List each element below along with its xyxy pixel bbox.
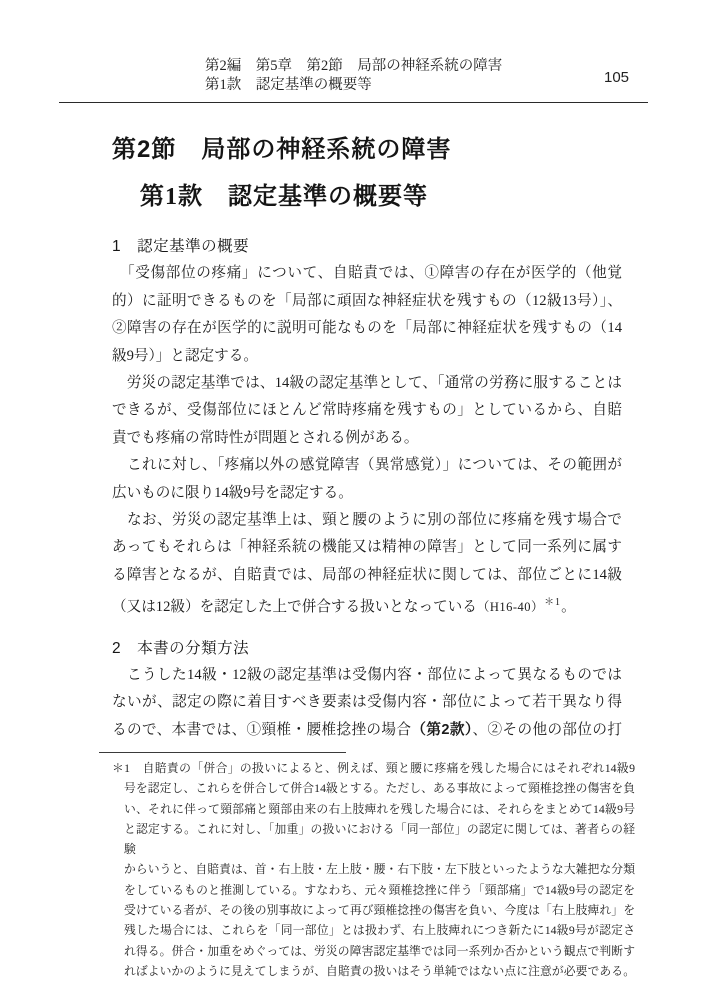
footnote-marker-ref: ＊1 [544, 597, 561, 608]
body-line: る障害となるが、自賠責では、局部の神経症状に関しては、部位ごとに14級 [112, 562, 622, 589]
body-line: あってもそれらは「神経系統の機能又は精神の障害」として同一系列に属す [112, 534, 622, 561]
body-text: 1 認定基準の概要 「受傷部位の疼痛」について、自賠責では、①障害の存在が医学的… [112, 233, 622, 744]
body-line: こうした14級・12級の認定基準は受傷内容・部位によって異なるものでは [112, 662, 622, 689]
body-line: ないが、認定の際に着目すべき要素は受傷内容・部位によって若干異なり得 [112, 689, 622, 716]
body-text-segment: 。 [561, 599, 576, 615]
footnote-line: と認定する。これに対し、「加重」の扱いにおける「同一部位」の認定に関しては、著者… [112, 819, 635, 860]
footnote-line: からいうと、自賠責は、首・右上肢・左上肢・腰・右下肢・左下肢といったような大雑把… [112, 859, 635, 879]
body-text-segment: （又は12級）を認定した上で併合する扱いとなっている [112, 599, 477, 615]
running-header: 第2編 第5章 第2節 局部の神経系統の障害 第1款 認定基準の概要等 [205, 57, 502, 95]
footnote-line: 号を認定し、これらを併合して併合14級とする。ただし、ある事故によって頸椎捻挫の… [112, 778, 635, 798]
paragraph-1: 「受傷部位の疼痛」について、自賠責では、①障害の存在が医学的（他覚 的）に証明で… [112, 260, 622, 370]
footnote-line: 受けている者が、その後の別事故によって再び頸椎捻挫の傷害を負い、今度は「右上肢痺… [112, 900, 635, 920]
footnote-line: 残した場合には、これらを「同一部位」とは扱わず、右上肢痺れにつき新たに14級9号… [112, 920, 635, 940]
book-page: { "running_header": { "line1": "第2編 第5章 … [0, 0, 705, 1000]
body-line: なお、労災の認定基準上は、頸と腰のように別の部位に疼痛を残す場合で [112, 507, 622, 534]
footnote-line: をしているものと推測している。すなわち、元々頸椎捻挫に伴う「頸部痛」で14級9号… [112, 880, 635, 900]
footnote: ＊1 自賠責の「併合」の扱いによると、例えば、頸と腰に疼痛を残した場合にはそれぞ… [112, 758, 635, 981]
body-line: 的）に証明できるものを「局部に頑固な神経症状を残すもの（12級13号）」、 [112, 288, 622, 315]
section-heading: 第2節 局部の神経系統の障害 [112, 129, 451, 164]
running-header-line1: 第2編 第5章 第2節 局部の神経系統の障害 [205, 57, 502, 76]
body-text-segment: るので、本書では、①頸椎・腰椎捻挫の場合 [112, 722, 411, 738]
footnote-line: い、それに伴って頸部痛と頸部由来の右上肢痺れを残した場合には、それらをまとめて1… [112, 799, 635, 819]
body-line: るので、本書では、①頸椎・腰椎捻挫の場合（第2款）、②その他の部位の打 [112, 717, 622, 744]
heading-1: 1 認定基準の概要 [112, 233, 622, 260]
running-header-line2: 第1款 認定基準の概要等 [205, 76, 502, 95]
body-line: できるが、受傷部位にほとんど常時疼痛を残すもの」としているから、自賠 [112, 397, 622, 424]
page-number: 105 [604, 69, 648, 86]
paragraph-4: なお、労災の認定基準上は、頸と腰のように別の部位に疼痛を残す場合で あってもそれ… [112, 507, 622, 621]
heading-2: 2 本書の分類方法 [112, 635, 622, 662]
body-line: ②障害の存在が医学的に説明可能なものを「局部に神経症状を残すもの（14 [112, 315, 622, 342]
cross-reference-bold: （第2款） [411, 722, 472, 738]
header-rule [59, 102, 648, 103]
footnote-rule [99, 752, 346, 753]
body-line: 労災の認定基準では、14級の認定基準として、「通常の労務に服することは [112, 370, 622, 397]
paragraph-2: 労災の認定基準では、14級の認定基準として、「通常の労務に服することは できるが… [112, 370, 622, 452]
footnote-line: ればよいかのように見えてしまうが、自賠責の扱いはそう単純ではない点に注意が必要で… [112, 961, 635, 981]
body-line: 責でも疼痛の常時性が問題とされる例がある。 [112, 425, 622, 452]
footnote-line: れ得る。併合・加重をめぐっては、労災の障害認定基準では同一系列か否かという観点で… [112, 941, 635, 961]
paragraph-3: これに対し、「疼痛以外の感覚障害（異常感覚）」については、その範囲が 広いものに… [112, 452, 622, 507]
footnote-line: ＊1 自賠責の「併合」の扱いによると、例えば、頸と腰に疼痛を残した場合にはそれぞ… [112, 758, 635, 778]
body-line: 「受傷部位の疼痛」について、自賠責では、①障害の存在が医学的（他覚 [112, 260, 622, 287]
paragraph-5: こうした14級・12級の認定基準は受傷内容・部位によって異なるものでは ないが、… [112, 662, 622, 744]
subsection-heading: 第1款 認定基準の概要等 [140, 176, 428, 211]
citation-reference: （H16-40） [477, 600, 544, 614]
body-line: （又は12級）を認定した上で併合する扱いとなっている（H16-40）＊1。 [112, 589, 622, 621]
body-text-segment: 、②その他の部位の打 [473, 722, 622, 738]
body-line: 広いものに限り14級9号を認定する。 [112, 480, 622, 507]
body-line: 級9号）」と認定する。 [112, 343, 622, 370]
body-line: これに対し、「疼痛以外の感覚障害（異常感覚）」については、その範囲が [112, 452, 622, 479]
